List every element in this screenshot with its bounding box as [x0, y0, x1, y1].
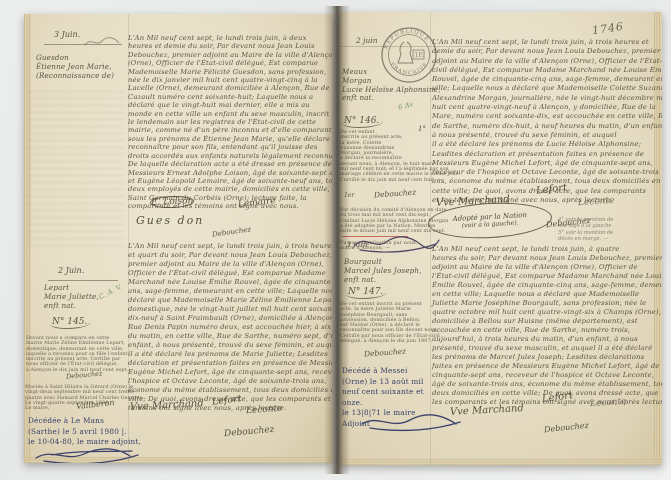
folio-number: 1746 — [591, 20, 624, 37]
handwritten-line: enft nat. — [344, 276, 422, 285]
signature-leconte: Leconte — [578, 196, 615, 209]
handwritten-line: receveur de l'hospice et Octave Leconte,… — [432, 168, 662, 177]
handwritten-line: née le dix janvier mil huit cent quatre-… — [128, 76, 332, 84]
handwritten-line: heures du soir, Par devant nous Jean Lou… — [432, 254, 662, 263]
handwritten-line: neuf cent soixante et — [342, 387, 424, 398]
handwritten-line: mariage à la gauche — [558, 223, 613, 229]
pencil-mark — [82, 34, 122, 50]
handwritten-line: Officier de l'État-civil délégué, Est co… — [128, 269, 332, 278]
handwritten-line: et quart du soir, Par devant nous Jean L… — [128, 251, 332, 260]
handwritten-line: faites en présence de Messieurs Eugène M… — [432, 362, 662, 371]
handwritten-line: sous les prénoms de Étienne Jean Marie, … — [128, 135, 332, 143]
handwritten-line: L'An Mil neuf cent sept, le lundi trois … — [128, 242, 332, 251]
handwritten-line: ans, sage-femme, demeurant en cette vill… — [128, 287, 332, 296]
handwritten-line: Rue Denis Papin numéro deux, est accouch… — [128, 323, 332, 332]
handwritten-line: mairie, comme né d'un père inconnu et d'… — [128, 126, 332, 134]
signature-officer: Debouchez — [544, 421, 590, 435]
act3-number: N° 146. — [342, 116, 383, 128]
act2-death-note: Décédée à Le Mans(Sarthe) le 5 avril 198… — [28, 416, 141, 448]
handwritten-line: Marchand née Louise Émilie Rouvel, âgée … — [128, 278, 332, 287]
handwritten-line: il a été déclaré les prénoms de Lucie Hé… — [432, 140, 662, 149]
handwritten-line: Mare, numéro cent soixante-dix, est acco… — [432, 112, 662, 121]
handwritten-line: décès en marge. — — [558, 236, 613, 242]
handwritten-line: du matin, en cette ville, Rue de Sarthe,… — [128, 332, 332, 341]
handwritten-line: civil délégué, Est comparue Madame March… — [432, 66, 662, 75]
handwritten-line: De laquelle déclaration acte a été dress… — [128, 160, 332, 168]
handwritten-line: déclaration et présentation faites en pr… — [128, 359, 332, 368]
act1-margin-name: GuesdonÉtienne Jean Marie,(Reconnaissanc… — [36, 54, 114, 80]
act2-margin-date: 2 Juin. — [58, 266, 84, 275]
left-page: 3 Juin. GuesdonÉtienne Jean Marie,(Recon… — [24, 14, 332, 463]
stamp-value: 1F. — [415, 52, 424, 59]
handwritten-line: déclaré que le vingt-huit mai dernier, e… — [128, 101, 332, 109]
signature-leconte: Leconte — [590, 397, 627, 410]
act1-margin-date: 3 Juin. — [54, 30, 80, 39]
right-page-bottom-edge — [340, 459, 662, 465]
green-annotation: C. A. V. — [98, 283, 124, 302]
handwritten-line: Lacelle (Orne), demeurant domiciliée à A… — [128, 84, 332, 92]
mention-signature: Debouchez — [364, 347, 407, 359]
handwritten-line: (Orne) le 13 août mil — [342, 377, 424, 388]
act4-body: L'An Mil neuf cent sept, le lundi trois … — [432, 245, 662, 407]
handwritten-line: Messieurs Ernest Adolphe Loison, âgé de … — [128, 169, 332, 177]
handwritten-line: présenté, trouvé du sexe masculin, et au… — [432, 344, 662, 353]
right-page: 1746 2 juin REPUBLIQUE FRANCAISE 1F. Mea… — [340, 12, 662, 465]
handwritten-line: et Eugène Léopold Lemaire, âgé de soixan… — [128, 177, 332, 185]
rule — [44, 44, 122, 45]
handwritten-line: enft nat. — [44, 302, 99, 311]
act4-margin-mention: De cet enfant inscrit au présentacte, la… — [340, 302, 440, 344]
handwritten-line: enft nat. — [342, 94, 441, 103]
act3-body: L'An Mil neuf cent sept, le lundi trois … — [432, 38, 662, 205]
act4-margin-name: BourgaultMarcel Jules Joseph,enft nat. — [344, 258, 422, 284]
handwritten-line: ville; Laquelle nous a déclaré que Madem… — [432, 84, 662, 93]
act2-body: L'An Mil neuf cent sept, le lundi trois … — [128, 242, 332, 413]
signature-guesdon: Gues don — [136, 214, 204, 227]
handwritten-line: L'An Mil neuf cent sept, le lundi trois … — [128, 34, 332, 42]
body-item-marker: 1° — [418, 125, 426, 133]
handwritten-line: accouchée en cette ville, Rue de Sarthe,… — [432, 326, 662, 335]
rule — [48, 280, 118, 281]
handwritten-line: de Sarthe, numéro dix-huit, à neuf heure… — [432, 122, 662, 131]
handwritten-line: deux employés de cette mairie, domicilié… — [128, 185, 332, 193]
handwritten-line: L'An Mil neuf cent sept, le lundi trois … — [432, 38, 662, 47]
handwritten-line: heures et demie du soir, Par devant nous… — [128, 42, 332, 50]
handwritten-line: reconnaître pour son fils, entendant qu'… — [128, 143, 332, 151]
item-marker: 1er — [344, 192, 354, 199]
handwritten-line: l'hospice et Octave Leconte, âgé de soix… — [128, 377, 332, 386]
signature-leconte: Leconte — [246, 404, 283, 417]
handwritten-line: demie du soir, Par devant nous Jean Loui… — [432, 47, 662, 56]
signature-flourish — [32, 446, 144, 463]
act1-body: L'An Mil neuf cent sept, le lundi trois … — [128, 34, 332, 211]
handwritten-line: Messieurs Eugène Michel Lefort, âgé de c… — [432, 159, 662, 168]
handwritten-line: les prénoms de Marcel Jules Joseph; Lesd… — [432, 353, 662, 362]
signature-officer: Debouchez — [224, 425, 275, 439]
handwritten-line: le lendemain sur les registres de l'État… — [128, 118, 332, 126]
handwritten-line: âgé de soixante-trois ans, économe du mê… — [432, 380, 662, 389]
pencil-margin-notes: 4° voir la mention demariage à la gauche… — [558, 217, 613, 243]
handwritten-line: (Reconnaissance de) — [36, 72, 114, 81]
handwritten-line: domiciliée à Bellou sur Huisne (même dép… — [432, 317, 662, 326]
handwritten-line: aujourd'hui, à trois heures du matin, d'… — [432, 335, 662, 344]
bleed-through — [28, 86, 124, 246]
nation-note-line2: (voir à la gauche). — [462, 220, 519, 230]
handwritten-line: cinquante-sept ans, receveur de l'hospic… — [432, 371, 662, 380]
act3-margin-date: 2 juin — [356, 36, 378, 45]
registry-scan: 3 Juin. GuesdonÉtienne Jean Marie,(Recon… — [0, 0, 671, 480]
handwritten-line: Lesdites déclaration et présentation fai… — [432, 150, 662, 159]
handwritten-line: déclaré que Mademoiselle Marie Zéline Ém… — [128, 296, 332, 305]
act2-number: N° 145. — [50, 317, 91, 329]
handwritten-line: adjoint au Maire de la ville d'Alençon (… — [432, 57, 662, 66]
handwritten-line: Debouchez, premier adjoint au Maire de l… — [128, 51, 332, 59]
handwritten-line: premier adjoint au Maire de la ville d'A… — [128, 260, 332, 269]
handwritten-line: enfant, à nous présenté, trouvé du sexe … — [128, 341, 332, 350]
handwritten-line: dix-neuf à Saint Fraimbault (Orne), domi… — [128, 314, 332, 323]
handwritten-line: domestique, née le vingt-huit juillet mi… — [128, 305, 332, 314]
handwritten-line: en cette ville; Laquelle nous a déclaré … — [432, 290, 662, 299]
handwritten-line: huit cent quatre-vingt-neuf à Alençon, y… — [432, 103, 662, 112]
handwritten-line: Mademoiselle Marie Félicité Guesdon, san… — [128, 68, 332, 76]
handwritten-line: quatre octobre mil huit cent quatre-ving… — [432, 308, 662, 317]
handwritten-line: l'État-civil délégué, Est comparue Madam… — [432, 272, 662, 281]
handwritten-line: (Orne), Officier de l'État-civil délégué… — [128, 59, 332, 67]
act3-margin-name: MeauxMorganLucie Héloïse Alphonsine,enft… — [342, 68, 441, 103]
mention-signature: Debouchez — [66, 369, 103, 380]
act2-margin-mention: Devant nous a comparu en cettemairie Mar… — [26, 336, 128, 373]
handwritten-line: Alexandrine Morgan, journalière, née le … — [432, 94, 662, 103]
handwritten-line: il a été déclaré les prénoms de Marie Ju… — [128, 350, 332, 359]
handwritten-line: onze. — [342, 398, 424, 409]
handwritten-line: (Sarthe) le 5 avril 1980 |. — [28, 427, 141, 438]
handwritten-line: adjoint au Maire de la ville d'Alençon (… — [432, 263, 662, 272]
handwritten-line: Cazault numéro cent soixante-huit; Laque… — [128, 93, 332, 101]
handwritten-line: droits accordés aux enfants naturels lég… — [128, 152, 332, 160]
overwritten-signature — [350, 232, 442, 254]
handwritten-line: à nous présenté, trouvé du sexe féminin,… — [432, 131, 662, 140]
mention-signature: Debouchez — [374, 188, 417, 200]
handwritten-line: Rouvel, âgée de cinquante-cinq ans, sage… — [432, 75, 662, 84]
handwritten-line: Eugène Michel Lefort, âgé de cinquante-s… — [128, 368, 332, 377]
handwritten-line: Décédé à Messei — [342, 366, 424, 377]
handwritten-line: Juliette Marie Joséphine Bourgault, sans… — [432, 299, 662, 308]
handwritten-line: Décédée à Le Mans — [28, 416, 141, 427]
handwritten-line: délégué, à Alençon le dix juin 1907. — — [340, 339, 440, 344]
handwritten-line: monde en cette ville un enfant du sexe m… — [128, 110, 332, 118]
act2-margin-name: LepartMarie Juliette,enft nat. — [44, 284, 99, 310]
handwritten-line: Émilie Rouvel, âgée de cinquante-cinq an… — [432, 281, 662, 290]
signature-officer: Debouchez — [212, 225, 252, 238]
act4-number: N° 147. — [346, 287, 387, 299]
handwritten-line: L'An Mil neuf cent sept, le lundi trois … — [432, 245, 662, 254]
